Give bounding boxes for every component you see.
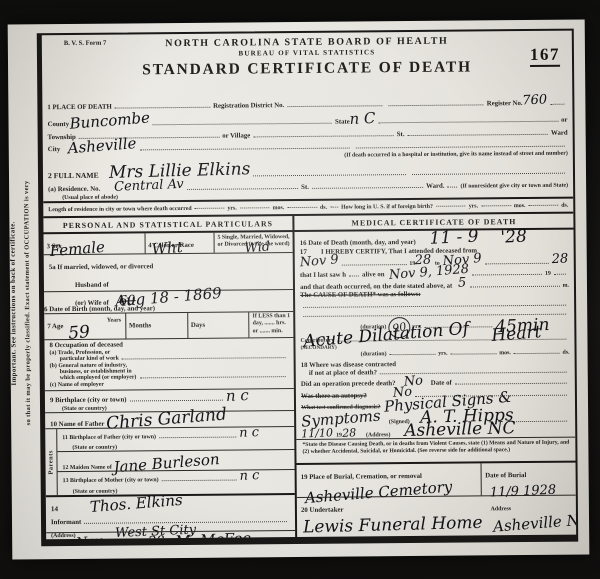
age-days-label: Days xyxy=(191,321,205,328)
filed-number: 15 xyxy=(51,541,58,546)
mos-label: mos. xyxy=(273,205,285,211)
mother-bp-label: 13 Birthplace of Mother (city or town) xyxy=(63,477,159,484)
sex-value: Female xyxy=(49,240,105,258)
occupation-c-label: (c) Name of employer xyxy=(50,381,104,387)
address-label: (Address) xyxy=(366,432,390,438)
row-father-birthplace: 11 Birthplace of Father (city or town) n… xyxy=(57,427,294,451)
marital-value: Wid xyxy=(244,242,270,256)
personal-particulars-column: 3 Sex Female 4 Color or Race Wht 5 Singl… xyxy=(44,232,298,539)
filed-year-prefix: 19 xyxy=(142,542,148,546)
st-label: St. xyxy=(397,131,405,138)
row-date-of-birth: Aug 18 - 1869 6 Date of Birth (month, da… xyxy=(44,289,293,313)
yrs2-label: yrs. xyxy=(469,203,478,209)
informant-value: Thos. Elkins xyxy=(89,494,183,515)
footnote: *State the Disease Causing Death, or in … xyxy=(296,437,575,463)
form-header: B. V. S. Form 7 167 NORTH CAROLINA STATE… xyxy=(42,31,572,92)
undertaker-value: Lewis Funeral Home xyxy=(303,516,483,536)
death-time-value: 5 xyxy=(458,278,467,290)
undertaker-address-label: Address xyxy=(491,506,512,512)
row-age: 7 Age Years 59 Months Days If LESS than … xyxy=(44,311,293,339)
signed-date-value: 11/10 xyxy=(301,428,333,439)
certificate-paper: Important. See instructions on back of c… xyxy=(8,19,590,559)
age-months-label: Months xyxy=(129,322,151,329)
dod-year-value: '28 xyxy=(500,230,527,246)
margin-vertical-text: Important. See instructions on back of c… xyxy=(8,50,39,555)
row-filed: 15 Filed Nov 19 28 M. McFee REGISTRAR xyxy=(46,530,295,546)
register-no-value: 760 xyxy=(522,95,547,108)
row-sex-race-marital: 3 Sex Female 4 Color or Race Wht 5 Singl… xyxy=(44,232,293,254)
length-label: Length of residence in city or town wher… xyxy=(48,205,191,212)
county-or-label: or xyxy=(561,117,567,124)
father-bp-value: n c xyxy=(239,427,259,440)
age-years-label: Years xyxy=(107,317,121,323)
page-title: STANDARD CERTIFICATE OF DEATH xyxy=(42,58,572,81)
row-signed-date-address: 11/10 19 28 (Address) Asheville NC xyxy=(296,424,575,439)
filed-label: Filed xyxy=(60,543,73,546)
ds-label: ds. xyxy=(320,204,327,210)
signed-year-value: 28 xyxy=(342,429,356,439)
age-label: 7 Age xyxy=(47,323,63,330)
parents-side-label: Parents xyxy=(45,429,58,495)
undertaker-address-value: Asheville NC xyxy=(492,513,578,534)
burial-label: 19 Place of Burial, Cremation, or remova… xyxy=(301,473,422,481)
address-value: Asheville NC xyxy=(404,421,516,439)
filed-month-value: Nov xyxy=(76,536,103,546)
medical-certificate-column: Acute Dilatation Of Heart 16 Date of Dea… xyxy=(295,230,577,537)
cause-of-death-handwriting: Acute Dilatation Of Heart xyxy=(303,326,541,346)
signed-year-prefix: 19 xyxy=(336,433,342,439)
father-bp-label: 11 Birthplace of Father (city or town) xyxy=(62,434,156,441)
row-occupation: 8 Occupation of deceased (a) Trade, Prof… xyxy=(44,337,294,390)
informant-number: 14 xyxy=(51,505,58,513)
married-label: 5a If married, widowed, or divorced xyxy=(49,263,154,271)
mother-bp-value: n c xyxy=(240,470,260,483)
state-value: n C xyxy=(349,111,375,126)
how-long-us-label: How long in U. S. if of foreign birth? xyxy=(341,203,433,210)
row-undertaker: 20 Undertaker Lewis Funeral Home Address… xyxy=(297,495,576,537)
cause-value-line2: Heart xyxy=(491,325,542,344)
mos2-label: mos. xyxy=(514,203,526,209)
certificate-form: B. V. S. Form 7 167 NORTH CAROLINA STATE… xyxy=(37,29,578,547)
parents-group: Parents 11 Birthplace of Father (city or… xyxy=(45,426,295,495)
row-informant: 14 Thos. Elkins Informant (Address) West… xyxy=(46,493,295,532)
scanned-photo: Important. See instructions on back of c… xyxy=(0,0,600,579)
personal-particulars-header: PERSONAL AND STATISTICAL PARTICULARS xyxy=(43,216,292,232)
burial-date-label: Date of Burial xyxy=(485,472,526,479)
certificate-number-stamp: 167 xyxy=(530,45,560,67)
informant-label: Informant xyxy=(51,519,81,526)
birthplace-value: n c xyxy=(226,389,249,403)
yrs-label: yrs. xyxy=(227,205,236,211)
age-less-label: If LESS than 1 day, ....... hrs. or ....… xyxy=(253,313,291,336)
ds2-label: ds. xyxy=(561,202,568,208)
dod-value: 11 - 9 xyxy=(429,230,479,247)
certify-to-year: 28 xyxy=(552,253,569,265)
age-years-value: 59 xyxy=(68,325,91,342)
row-married-to: 5a If married, widowed, or divorced Husb… xyxy=(44,252,293,291)
birthplace-label: 9 Birthplace (city or town) xyxy=(50,397,127,405)
form-reference: B. V. S. Form 7 xyxy=(64,40,106,47)
residence-st-label: St. xyxy=(301,184,309,191)
race-value: Wht xyxy=(151,240,183,256)
undertaker-label: 20 Undertaker xyxy=(301,507,344,514)
row-burial: 19 Place of Burial, Cremation, or remova… xyxy=(297,461,576,497)
husband-of-label: Husband of xyxy=(75,282,109,289)
filed-year-value: 28 xyxy=(148,536,165,546)
registrar-signature: M. McFee xyxy=(174,532,251,546)
full-name-label: 2 FULL NAME xyxy=(48,171,99,180)
